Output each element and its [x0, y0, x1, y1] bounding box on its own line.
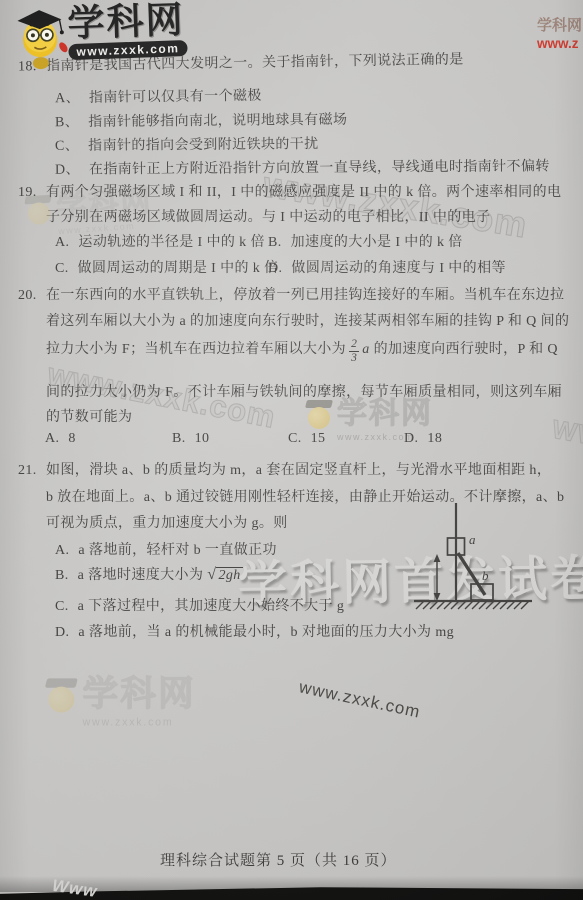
- q19-option-a-text: 运动轨迹的半径是 I 中的 k 倍: [78, 235, 264, 250]
- fraction-denominator: 3: [349, 351, 359, 365]
- q19-option-c-label: C.: [55, 261, 69, 276]
- q19-stem-text2: 子分别在两磁场区域做圆周运动。与 I 中运动的电子相比，II 中的电子: [46, 210, 490, 225]
- ground: [414, 601, 532, 609]
- q19-stem-line1: 19.有两个匀强磁场区域 I 和 II，I 中的磁感应强度是 II 中的 k 倍…: [18, 181, 561, 201]
- radicand: 2gh: [216, 567, 242, 583]
- q21-line3: 可视为质点，重力加速度大小为 g。则: [46, 512, 288, 532]
- mascot-watermark-icon: [306, 398, 332, 432]
- q19-option-a: A.运动轨迹的半径是 I 中的 k 倍: [55, 231, 265, 251]
- q20-line3: 拉力大小为 F；当机车在西边拉着车厢以大小为23a 的加速度向西行驶时，P 和 …: [46, 338, 558, 365]
- q20-option-b-label: B.: [172, 431, 186, 446]
- q21-option-b-label: B.: [55, 568, 69, 583]
- logo-brand-text: 学科网: [67, 1, 187, 43]
- q21-option-b: B.a 落地时速度大小为 √2gh: [55, 564, 243, 584]
- q20-line4: 间的拉力大小仍为 F。不计车厢与铁轨间的摩擦，每节车厢质量相同，则这列车厢: [46, 381, 562, 401]
- corner-brand-text: 学科网: [537, 14, 582, 35]
- fraction-two-thirds: 23: [349, 338, 359, 364]
- q21-option-c-label: C.: [55, 599, 69, 614]
- q19-option-b-label: B.: [268, 235, 282, 250]
- q21-option-d: D.a 落地前，当 a 的机械能最小时，b 对地面的压力大小为 mg: [55, 621, 454, 641]
- q21-option-c: C.a 下落过程中，其加速度大小始终不大于 g: [55, 595, 344, 615]
- q20-option-b-value: 10: [195, 431, 210, 446]
- q18-option-a: A、指南针可以仅具有一个磁极: [55, 85, 262, 108]
- logo-url-badge: www.zxxk.com: [68, 40, 187, 60]
- exam-page-scan: 学科网 www.zxxk.com 学科网 www.z 学科网 www.zxxk.…: [0, 0, 583, 900]
- q21-physics-diagram: a b: [408, 497, 540, 615]
- q20-line4-text: 间的拉力大小仍为 F。不计车厢与铁轨间的摩擦，每节车厢质量相同，则这列车厢: [46, 385, 562, 400]
- corner-url-text: www.z: [537, 36, 582, 51]
- block-a-label: a: [469, 532, 476, 547]
- fraction-variable: a: [362, 342, 369, 357]
- q21-option-c-text: a 下落过程中，其加速度大小始终不大于 g: [78, 599, 345, 614]
- q19-option-d-label: D.: [268, 261, 282, 276]
- watermark-logo-bottom: 学科网 www.zxxk.com: [46, 676, 196, 728]
- q18-option-b: B、指南针能够指向南北，说明地球具有磁场: [55, 109, 348, 132]
- fraction-numerator: 2: [349, 338, 359, 351]
- q19-option-b: B.加速度的大小是 I 中的 k 倍: [268, 231, 463, 251]
- q21-line1: 21.如图，滑块 a、b 的质量均为 m，a 套在固定竖直杆上，与光滑水平地面相…: [18, 459, 551, 479]
- q20-option-d-value: 18: [427, 431, 442, 446]
- q18-option-d: D、在指南针正上方附近沿指针方向放置一直导线，导线通电时指南针不偏转: [55, 155, 550, 178]
- q20-option-d: D.18: [404, 431, 442, 447]
- q20-option-a: A.8: [45, 431, 76, 447]
- q21-option-d-text: a 落地前，当 a 的机械能最小时，b 对地面的压力大小为 mg: [78, 625, 454, 640]
- q21-line3-text: 可视为质点，重力加速度大小为 g。则: [46, 516, 288, 531]
- block-b-label: b: [482, 568, 489, 583]
- q21-number: 21.: [18, 463, 46, 479]
- page-footer-label: 理科综合试题第 5 页（共 16 页）: [160, 849, 397, 870]
- corner-brand-block: 学科网 www.z: [537, 14, 582, 51]
- q19-option-c-text: 做圆周运动的周期是 I 中的 k 倍: [78, 261, 279, 276]
- q21-option-a-text: a 落地前，轻杆对 b 一直做正功: [78, 543, 277, 558]
- q20-option-c-label: C.: [288, 431, 302, 446]
- q19-option-d-text: 做圆周运动的角速度与 I 中的相等: [291, 261, 505, 276]
- watermark-url-text: www.zxxk.com: [83, 716, 196, 728]
- q18-option-d-text: 在指南针正上方附近沿指针方向放置一直导线，导线通电时指南针不偏转: [89, 159, 550, 177]
- sqrt-expression: √2gh: [207, 568, 242, 583]
- q18-option-a-text: 指南针可以仅具有一个磁极: [89, 89, 262, 106]
- q20-option-c-value: 15: [311, 431, 326, 446]
- q20-option-d-label: D.: [404, 431, 418, 446]
- watermark-brand-text: 学科网: [337, 398, 433, 430]
- q20-option-a-label: A.: [45, 431, 59, 446]
- q20-line5: 的节数可能为: [46, 406, 132, 426]
- mascot-icon: [13, 5, 69, 71]
- q20-line2: 着这列车厢以大小为 a 的加速度向东行驶时，连接某两相邻车厢的挂钩 P 和 Q …: [46, 310, 569, 330]
- q19-option-d: D.做圆周运动的角速度与 I 中的相等: [268, 257, 506, 277]
- watermark-url-center: www.zxxk.com: [297, 677, 422, 722]
- height-arrow: [434, 554, 441, 601]
- zxxk-logo: 学科网 www.zxxk.com: [13, 1, 188, 71]
- q19-option-b-text: 加速度的大小是 I 中的 k 倍: [291, 235, 463, 250]
- q18-option-c: C、指南针的指向会受到附近铁块的干扰: [55, 133, 319, 155]
- q19-option-a-label: A.: [55, 235, 69, 250]
- q19-option-c: C.做圆周运动的周期是 I 中的 k 倍: [55, 257, 279, 277]
- q20-line1: 20.在一东西向的水平直铁轨上，停放着一列已用挂钩连接好的车厢。当机车在东边拉: [18, 284, 564, 304]
- q21-option-d-label: D.: [55, 625, 69, 640]
- q20-option-b: B.10: [172, 431, 209, 447]
- q20-line3-post: 的加速度向西行驶时，P 和 Q: [374, 342, 558, 357]
- watermark-edge-fragment: WW: [550, 414, 583, 453]
- q21-option-a: A.a 落地前，轻杆对 b 一直做正功: [55, 539, 277, 559]
- q21-option-a-label: A.: [55, 543, 69, 558]
- watermark-brand-text: 学科网: [83, 676, 196, 714]
- q20-option-a-value: 8: [68, 431, 75, 446]
- q20-line5-text: 的节数可能为: [46, 410, 132, 425]
- q18-option-b-text: 指南针能够指向南北，说明地球具有磁场: [88, 113, 347, 130]
- q18-option-c-text: 指南针的指向会受到附近铁块的干扰: [88, 137, 319, 154]
- q20-option-c: C.15: [288, 431, 325, 447]
- q19-stem-line2: 子分别在两磁场区域做圆周运动。与 I 中运动的电子相比，II 中的电子: [46, 206, 490, 226]
- q18-option-c-label: C、: [55, 139, 79, 154]
- q18-option-d-label: D、: [55, 163, 80, 178]
- q18-option-a-label: A、: [55, 91, 80, 106]
- q21-option-b-text: a 落地时速度大小为: [78, 568, 204, 583]
- q18-option-b-label: B、: [55, 115, 79, 130]
- q20-line1-text: 在一东西向的水平直铁轨上，停放着一列已用挂钩连接好的车厢。当机车在东边拉: [46, 288, 564, 303]
- logo-text-block: 学科网 www.zxxk.com: [67, 1, 188, 61]
- q21-line1-text: 如图，滑块 a、b 的质量均为 m，a 套在固定竖直杆上，与光滑水平地面相距 h…: [46, 463, 551, 478]
- q19-number: 19.: [18, 185, 46, 201]
- mascot-watermark-icon: [46, 676, 77, 716]
- q20-line2-text: 着这列车厢以大小为 a 的加速度向东行驶时，连接某两相邻车厢的挂钩 P 和 Q …: [46, 314, 569, 329]
- q20-line3-pre: 拉力大小为 F；当机车在西边拉着车厢以大小为: [46, 342, 346, 357]
- q20-number: 20.: [18, 288, 46, 304]
- q19-stem-text1: 有两个匀强磁场区域 I 和 II，I 中的磁感应强度是 II 中的 k 倍。两个…: [46, 185, 561, 200]
